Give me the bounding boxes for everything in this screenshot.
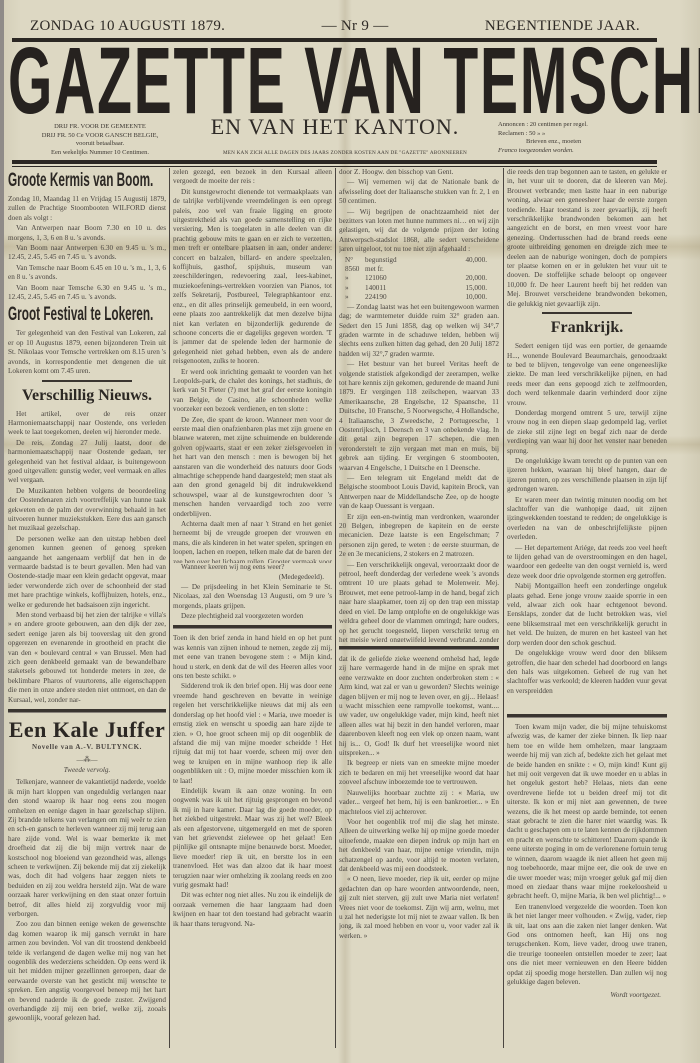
article-paragraph: Zondag 10, Maandag 11 en Vrijdag 15 Augu…: [8, 195, 166, 223]
newspaper-title: GAZETTE VAN TEMSCHE: [8, 40, 397, 122]
ad-rate-line: Annoncen : 20 centimen per regel.: [498, 121, 648, 130]
article-paragraph: Dit kunstgewrocht dienende tot vermaakpl…: [173, 188, 332, 367]
lottery-amount: 15,000.: [405, 284, 499, 293]
lottery-label: begunstigd met fr.: [365, 256, 403, 275]
article-paragraph: Ter gelegenheid van den Festival van Lok…: [8, 329, 166, 376]
france-heading: Frankrijk.: [507, 318, 667, 338]
article-paragraph: — Wij begrijpen de onachtzaamheid niet d…: [339, 208, 499, 255]
column-divider: [503, 168, 504, 1048]
schedule-line: Van Antwerpen naar Boom 7.30 en 10 u. de…: [8, 224, 166, 243]
article-question: Wanneer keeren wij nog eens weer?: [173, 563, 332, 572]
lottery-amount: 10,000.: [405, 293, 499, 302]
novel-paragraph: Telkenjare, wanneer de vakantietijd nade…: [8, 778, 166, 919]
article-paragraph: — Het departement Ariége, dat reeds zoo …: [507, 544, 667, 582]
nieuws-continuation: zelen gezegd, een bezoek in den Kursaal …: [173, 168, 332, 563]
ad-rate-line: Franco toegezonden worden.: [498, 147, 648, 156]
novel-byline: Novelle van A.-V. BULTYNCK.: [8, 743, 166, 752]
article-paragraph: De Zee, die spant de kroon. Wanneer men …: [173, 416, 332, 519]
lottery-number: 140011: [365, 284, 403, 293]
article-signature: (Medegedeeld).: [173, 573, 332, 582]
column-1: Groote Kermis van Boom. Zondag 10, Maand…: [8, 168, 166, 1053]
article-paragraph: Donderdag morgend omtrent 5 ure, terwijl…: [507, 409, 667, 456]
lottery-number: N° 8560: [345, 256, 363, 275]
page-edge: [0, 0, 4, 1063]
article-paragraph: Er werd ook inrichting gemaakt te voorde…: [173, 368, 332, 415]
novel-paragraph: Ik begreep er niets van en smeekte mijne…: [339, 759, 499, 787]
newspaper-subtitle: EN VAN HET KANTON.: [195, 114, 475, 140]
masthead-title-wrap: GAZETTE VAN TEMSCHE: [8, 40, 656, 122]
feuilleton-rule: [8, 709, 166, 713]
lottery-table: N° 8560 begunstigd met fr. 40,000. » 121…: [339, 256, 499, 303]
article-paragraph: door Z. Hoogw. den bisschop van Gent.: [339, 168, 499, 177]
news-section: door Z. Hoogw. den bisschop van Gent. — …: [339, 168, 499, 642]
subscription-line: Een wekelijks Nummer 10 Centimen.: [20, 149, 180, 158]
masthead-bottom-rule: [12, 160, 657, 164]
ad-rate-line: Brieven enz., moeten: [498, 138, 648, 147]
novel-paragraph: Toen kwam mijn vader, die bij mijne tehu…: [507, 723, 667, 902]
lottery-amount: 40,000.: [405, 256, 499, 275]
article-paragraph: — Een verschrikkelijk ongeval, veroorzaa…: [339, 561, 499, 642]
article-paragraph: De reis, Zondag 27 Julij laatst, door de…: [8, 439, 166, 486]
novel-paragraph: Een tranenvloed vergezelde die woorden. …: [507, 903, 667, 988]
kermis-heading: Groote Kermis van Boom.: [8, 170, 106, 192]
novel-paragraph: Eindelijk kwam ik aan onze woning. In ee…: [173, 787, 332, 890]
column-2: zelen gezegd, een bezoek in den Kursaal …: [173, 168, 332, 1053]
novel-paragraph: Sidderend trok ik den brief open. Hij wa…: [173, 682, 332, 785]
feuilleton-rule: [173, 625, 332, 629]
novel-paragraph: Nauwelijks hoorbaar zuchtte zij : « Mari…: [339, 789, 499, 817]
article-paragraph: Het artikel, over de reis onzer Harmonie…: [8, 410, 166, 438]
article-paragraph: Sedert eenigen tijd was een portier, de …: [507, 342, 667, 408]
feuilleton-rule: [339, 646, 499, 650]
column-divider: [335, 168, 336, 1048]
masthead-bottom-thin-rule: [12, 166, 657, 167]
article-paragraph: — Wij vernemen wij dat de Nationale bank…: [339, 178, 499, 206]
article-paragraph: — Zondag laatst was het een buitengewoon…: [339, 303, 499, 359]
article-paragraph: — Een telegram uit Engeland meldt dat de…: [339, 474, 499, 512]
ornament: —⁂—: [8, 756, 166, 765]
novel-paragraph: dat ik de geliefde zieke weenend omhelsd…: [339, 655, 499, 758]
article-paragraph: zelen gezegd, een bezoek in den Kursaal …: [173, 168, 332, 187]
article-paragraph: De ongelukkige vrouw werd door den bliks…: [507, 649, 667, 696]
novel-paragraph: Toen ik den brief zenda in hand hield en…: [173, 634, 332, 681]
subscription-info: DRIJ FR. VOOR DE GEMEENTE DRIJ FR. 50 Ce…: [20, 123, 180, 157]
section-rule: [42, 380, 132, 382]
article-paragraph: Er zijn een-en-twintig man verdronken, w…: [339, 513, 499, 560]
article-paragraph: De personen welke aan den uitstap hebben…: [8, 535, 166, 610]
subscription-line: vooruit betaalbaar.: [20, 140, 180, 149]
feuilleton-rule: [507, 714, 667, 718]
article-paragraph: Er waren meer dan twintig minuten noodig…: [507, 496, 667, 543]
lottery-row: » 121060 20,000.: [339, 274, 499, 283]
ad-rate-line: Reclamen : 50 » »: [498, 130, 648, 139]
lottery-row: » 224190 10,000.: [339, 293, 499, 302]
subscription-line: DRIJ FR. VOOR DE GEMEENTE: [20, 123, 180, 132]
lottery-row: N° 8560 begunstigd met fr. 40,000.: [339, 256, 499, 275]
novel-paragraph: Voor het oogenblik trof mij die slag het…: [339, 818, 499, 874]
article-paragraph: De ongelukkige kwam terecht op de punten…: [507, 457, 667, 495]
article-paragraph: die reeds den trap begonnen aan te taste…: [507, 168, 667, 309]
lottery-prefix: »: [345, 284, 363, 293]
article-paragraph: Nabij Montgaillon heeft een zonderlinge …: [507, 582, 667, 648]
article-paragraph: Achterna daalt men af naar 't Strand en …: [173, 520, 332, 563]
festival-heading: Groot Festival te Lokeren.: [8, 304, 106, 326]
column-3: door Z. Hoogw. den bisschop van Gent. — …: [339, 168, 499, 1053]
novel-title: Een Kale Juffer: [8, 718, 166, 742]
lottery-prefix: »: [345, 274, 363, 283]
article-paragraph: — De prijsdeeling in het Klein Seminarie…: [173, 583, 332, 611]
novel-paragraph: Dit was echter nog niet alles. Nu zou ik…: [173, 891, 332, 929]
subscription-note: MEN KAN ZICH ALLE DAGEN DES JAARS ZONDER…: [185, 150, 505, 156]
article-paragraph: Deze plechtigheid zal voorgezeten worden: [173, 612, 332, 621]
article-paragraph: Men stond verbaasd bij het zien der talr…: [8, 611, 166, 705]
novel-paragraph: Zoo zou dan binnen eenige weken de gewen…: [8, 920, 166, 1023]
column-4: die reeds den trap begonnen aan te taste…: [507, 168, 667, 1053]
article-paragraph: De Muzikanten hebben volgens de beoordee…: [8, 487, 166, 534]
news-section: die reeds den trap begonnen aan te taste…: [507, 168, 667, 710]
article-paragraph: — Het bestuur van het bureel Veritas hee…: [339, 360, 499, 473]
lottery-row: » 140011 15,000.: [339, 284, 499, 293]
schedule-line: Van Boom naar Temsche 6.30 en 9.45 u. 's…: [8, 284, 166, 303]
schedule-line: Van Temsche naar Boom 6.45 en 10 u. 's m…: [8, 264, 166, 283]
nieuws-heading: Verschillig Nieuws.: [8, 386, 166, 406]
schedule-line: Van Boom naar Antwerpen 6.30 en 9.45 u. …: [8, 244, 166, 263]
advertising-rates: Annoncen : 20 centimen per regel. Reclam…: [498, 121, 648, 155]
column-divider: [169, 168, 170, 1048]
subscription-line: DRIJ FR. 50 Ce VOOR GANSCH BELGIE,: [20, 132, 180, 141]
section-rule: [542, 312, 632, 314]
novel-paragraph: « O neen, lieve moeder, riep ik uit, eer…: [339, 875, 499, 941]
lottery-amount: 20,000.: [405, 274, 499, 283]
lottery-prefix: »: [345, 293, 363, 302]
lottery-number: 121060: [365, 274, 403, 283]
lottery-number: 224190: [365, 293, 403, 302]
continued-note: Wordt voortgezet.: [507, 991, 667, 1000]
novel-subheading: Tweede vervolg.: [8, 766, 166, 775]
